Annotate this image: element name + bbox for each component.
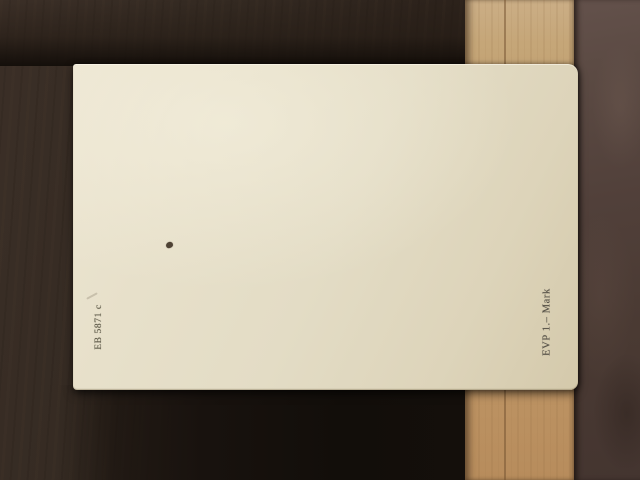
- leather-surface: [574, 0, 640, 480]
- shadow-gap-below-book: [58, 385, 467, 480]
- price-stamp: EVP 1.– Mark: [542, 288, 553, 356]
- book-back-cover: [73, 64, 578, 390]
- table-shadow-above-book: [0, 0, 467, 66]
- photo-scene: EB 5871 c EVP 1.– Mark: [0, 0, 640, 480]
- catalog-number-stamp: EB 5871 c: [94, 304, 104, 350]
